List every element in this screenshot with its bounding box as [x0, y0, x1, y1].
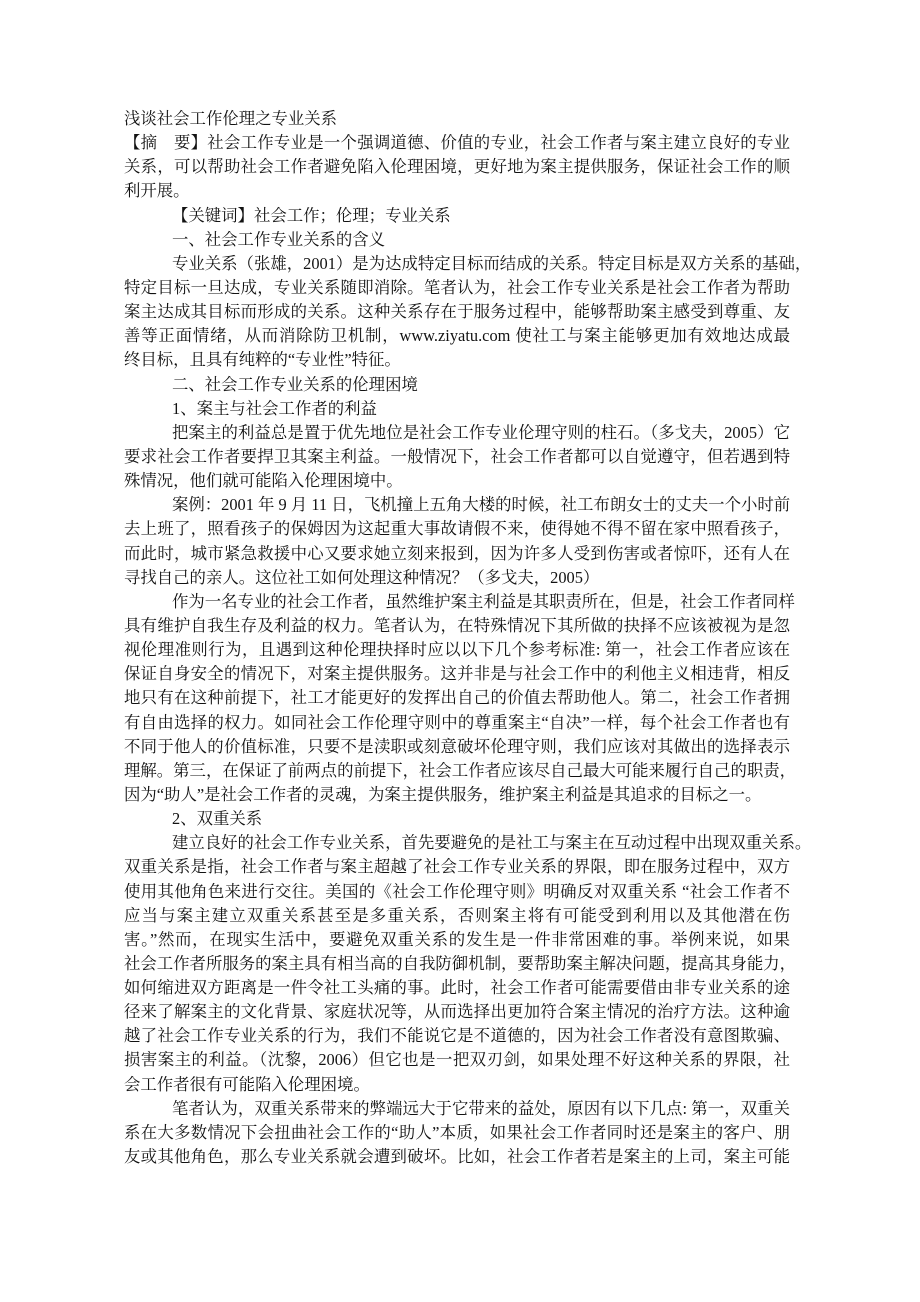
text-line: 专业关系（张雄，2001）是为达成特定目标而结成的关系。特定目标是双方关系的基础…: [124, 252, 790, 276]
text-line: 终目标，且具有纯粹的“专业性”特征。: [124, 348, 790, 372]
text-line: 损害案主的利益。（沈黎，2006）但它也是一把双刃剑，如果处理不好这种关系的界限…: [124, 1048, 790, 1072]
text-line: 双重关系是指，社会工作者与案主超越了社会工作专业关系的界限，即在服务过程中，双方: [124, 855, 790, 879]
text-line: 去上班了，照看孩子的保姆因为这起重大事故请假不来，使得她不得不留在家中照看孩子，: [124, 517, 790, 541]
document-title: 浅谈社会工作伦理之专业关系: [124, 107, 790, 131]
text-line: 害。”然而，在现实生活中，要避免双重关系的发生是一件非常困难的事。举例来说，如果: [124, 928, 790, 952]
text-line: 理解。第三，在保证了前两点的前提下，社会工作者应该尽自己最大可能来履行自己的职责…: [124, 759, 790, 783]
text-line: 应当与案主建立双重关系甚至是多重关系，否则案主将有可能受到利用以及其他潜在伤: [124, 904, 790, 928]
text-line: 社会工作者所服务的案主具有相当高的自我防御机制，要帮助案主解决问题，提高其身能力…: [124, 952, 790, 976]
text-line: 使用其他角色来进行交往。美国的《社会工作伦理守则》明确反对双重关系 “社会工作者…: [124, 880, 790, 904]
text-line: 不同于他人的价值标准，只要不是渎职或刻意破坏伦理守则，我们应该对其做出的选择表示: [124, 735, 790, 759]
text-line: 关系，可以帮助社会工作者避免陷入伦理困境，更好地为案主提供服务，保证社会工作的顺: [124, 155, 790, 179]
text-line: 案主达成其目标而形成的关系。这种关系存在于服务过程中，能够帮助案主感受到尊重、友: [124, 300, 790, 324]
text-line: 视伦理准则行为，且遇到这种伦理抉择时应以以下几个参考标准: 第一，社会工作者应该…: [124, 638, 790, 662]
text-line: 地只有在这种前提下，社工才能更好的发挥出自己的价值去帮助他人。第二，社会工作者拥: [124, 686, 790, 710]
text-line: 因为“助人”是社会工作者的灵魂，为案主提供服务，维护案主利益是其追求的目标之一。: [124, 783, 790, 807]
document-body: 浅谈社会工作伦理之专业关系【摘 要】社会工作专业是一个强调道德、价值的专业，社会…: [124, 107, 790, 1169]
text-line: 寻找自己的亲人。这位社工如何处理这种情况？（多戈夫，2005）: [124, 566, 790, 590]
text-line: 殊情况，他们就可能陷入伦理困境中。: [124, 469, 790, 493]
text-line: 案例：2001 年 9 月 11 日，飞机撞上五角大楼的时候，社工布朗女士的丈夫…: [124, 493, 790, 517]
keywords-line: 【关键词】社会工作；伦理；专业关系: [124, 204, 790, 228]
text-line: 越了社会工作专业关系的行为，我们不能说它是不道德的，因为社会工作者没有意图欺骗、: [124, 1024, 790, 1048]
text-line: 善等正面情绪，从而消除防卫机制，www.ziyatu.com 使社工与案主能够更…: [124, 324, 790, 348]
section-heading: 2、双重关系: [124, 807, 790, 831]
text-line: 特定目标一旦达成，专业关系随即消除。笔者认为，社会工作专业关系是社会工作者为帮助: [124, 276, 790, 300]
document-page: { "page": { "background": "#ffffff", "te…: [0, 0, 920, 1302]
text-line: 具有维护自我生存及利益的权力。笔者认为，在特殊情况下其所做的抉择不应该被视为是忽: [124, 614, 790, 638]
text-line: 把案主的利益总是置于优先地位是社会工作专业伦理守则的柱石。（多戈夫，2005）它: [124, 421, 790, 445]
section-heading: 1、案主与社会工作者的利益: [124, 397, 790, 421]
text-line: 作为一名专业的社会工作者，虽然维护案主利益是其职责所在，但是，社会工作者同样: [124, 590, 790, 614]
section-heading: 二、社会工作专业关系的伦理困境: [124, 373, 790, 397]
text-line: 利开展。: [124, 179, 790, 203]
text-line: 【摘 要】社会工作专业是一个强调道德、价值的专业，社会工作者与案主建立良好的专业: [124, 131, 790, 155]
text-line: 保证自身安全的情况下，对案主提供服务。这并非是与社会工作中的利他主义相违背，相反: [124, 662, 790, 686]
text-line: 径来了解案主的文化背景、家庭状况等，从而选择出更加符合案主情况的治疗方法。这种逾: [124, 1000, 790, 1024]
section-heading: 一、社会工作专业关系的含义: [124, 228, 790, 252]
text-line: 会工作者很有可能陷入伦理困境。: [124, 1073, 790, 1097]
text-line: 笔者认为，双重关系带来的弊端远大于它带来的益处，原因有以下几点: 第一，双重关: [124, 1097, 790, 1121]
text-line: 有自由选择的权力。如同社会工作伦理守则中的尊重案主“自决”一样，每个社会工作者也…: [124, 711, 790, 735]
text-line: 如何缩进双方距离是一件令社工头痛的事。此时，社会工作者可能需要借由非专业关系的途: [124, 976, 790, 1000]
text-line: 而此时，城市紧急救援中心又要求她立刻来报到，因为许多人受到伤害或者惊吓，还有人在: [124, 542, 790, 566]
text-line: 建立良好的社会工作专业关系，首先要避免的是社工与案主在互动过程中出现双重关系。: [124, 831, 790, 855]
text-line: 系在大多数情况下会扭曲社会工作的“助人”本质，如果社会工作者同时还是案主的客户、…: [124, 1121, 790, 1145]
text-line: 友或其他角色，那么专业关系就会遭到破坏。比如，社会工作者若是案主的上司，案主可能: [124, 1145, 790, 1169]
text-line: 要求社会工作者要捍卫其案主利益。一般情况下，社会工作者都可以自觉遵守，但若遇到特: [124, 445, 790, 469]
